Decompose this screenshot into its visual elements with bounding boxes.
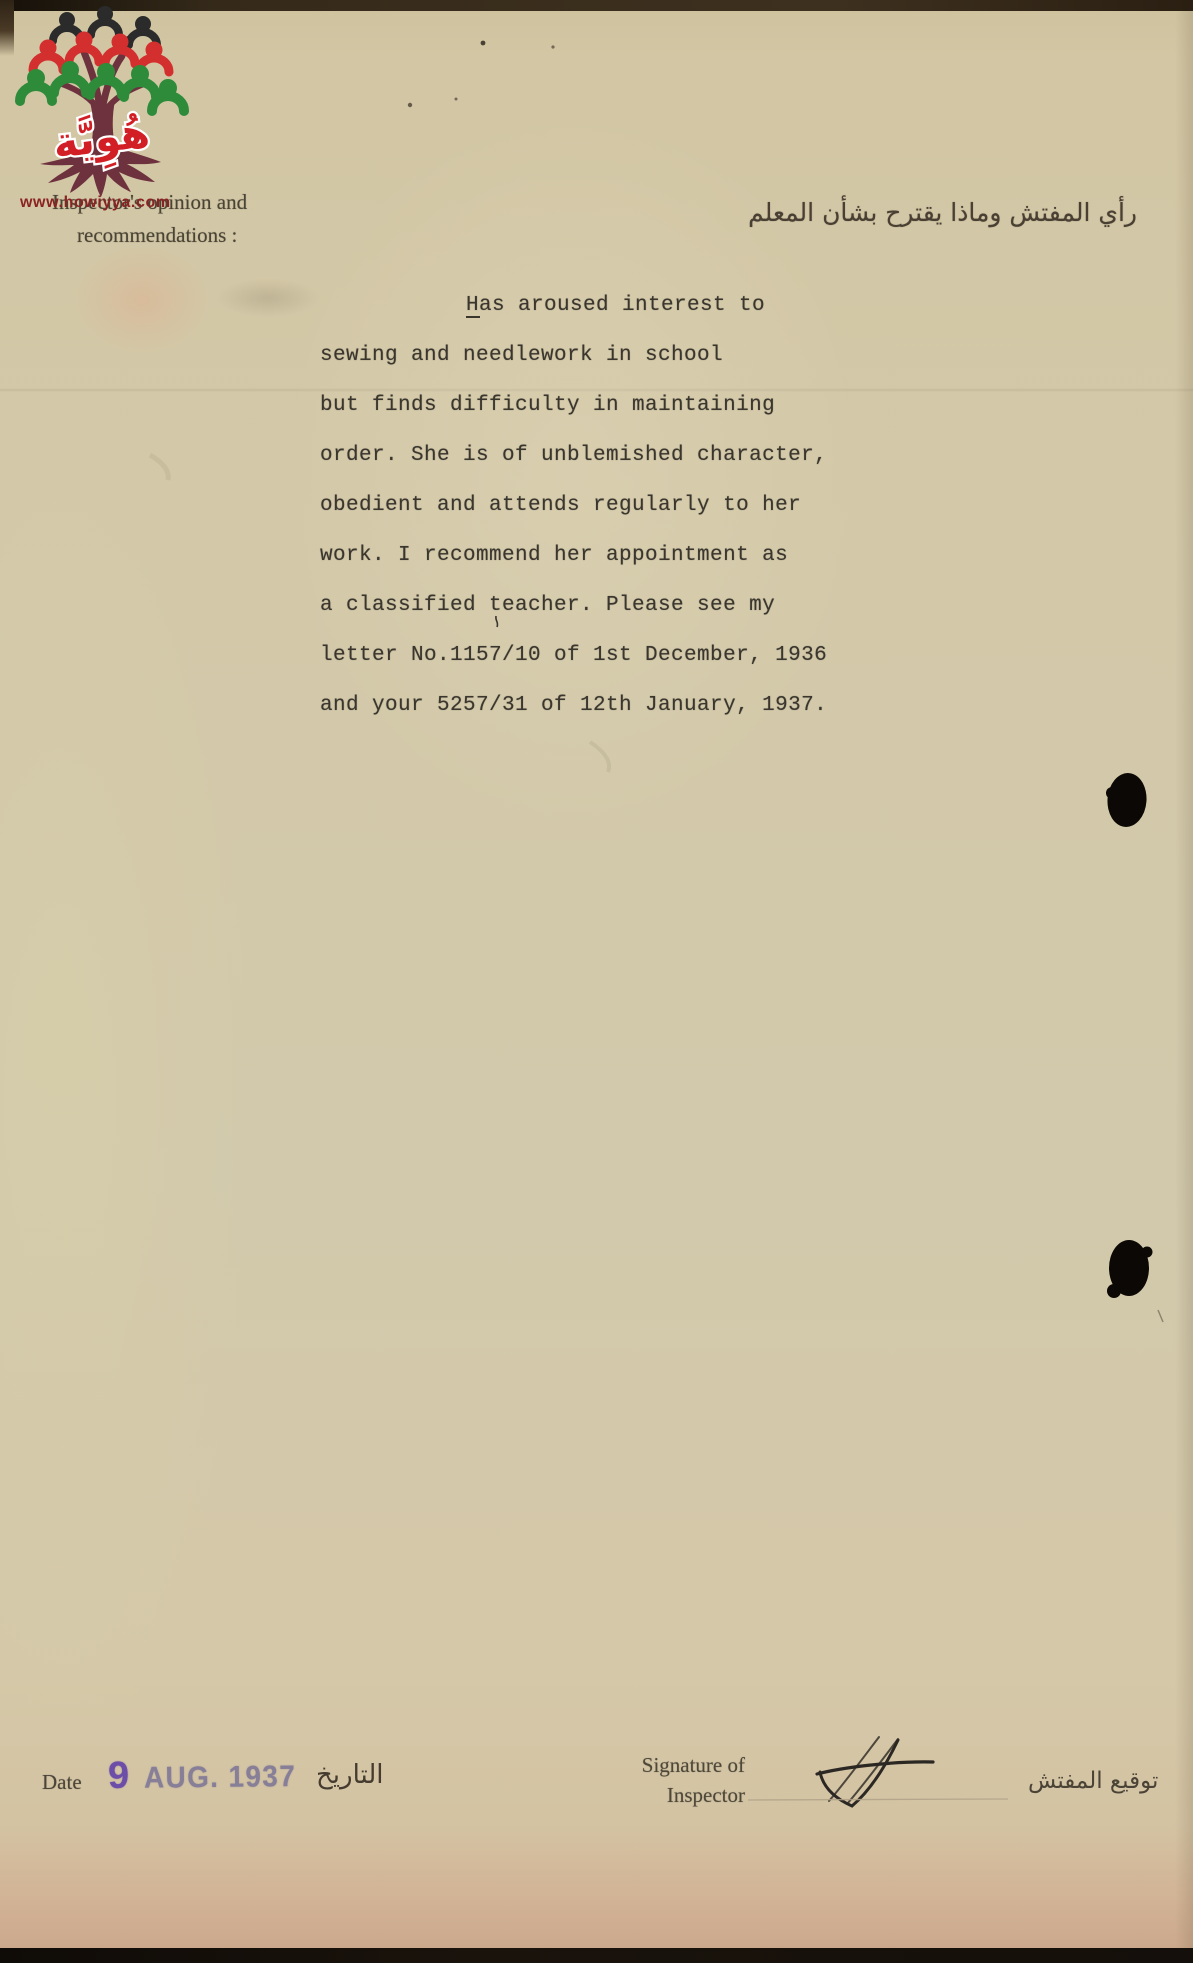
typed-line: a classified teacher. Please see my	[320, 581, 880, 631]
stamp-month-year: AUG. 1937	[144, 1760, 296, 1796]
arabic-header-label: رأي المفتش وماذا يقترح بشأن المعلم	[748, 198, 1137, 227]
scanned-document-page: هُوِيَّة www.howiyya.com Inspector's opi…	[0, 0, 1193, 1963]
ink-blot-top	[1106, 772, 1149, 829]
date-stamp: 9 AUG. 1937	[108, 1753, 308, 1798]
signature-label-line1: Signature of	[590, 1750, 745, 1780]
stamp-day: 9	[108, 1755, 130, 1798]
inspector-signature	[817, 1737, 933, 1806]
typed-line: Has aroused interest to	[320, 281, 880, 331]
inspector-opinion-label-line2: recommendations :	[77, 223, 237, 248]
typed-line: and your 5257/31 of 12th January, 1937.	[320, 681, 880, 731]
signature-label: Signature of Inspector	[590, 1750, 745, 1810]
ink-blot-bottom	[1107, 1240, 1153, 1298]
howiyya-tree-logo: هُوِيَّة	[10, 2, 190, 202]
typed-report-text: Has aroused interest to sewing and needl…	[320, 281, 880, 731]
watermark-site-text: www.howiyya.com	[20, 194, 171, 212]
typed-line: order. She is of unblemished character,	[320, 431, 880, 481]
signature-label-line2: Inspector	[590, 1780, 745, 1810]
date-label: Date	[42, 1770, 82, 1795]
typed-line: letter No.1157/10 of 1st December, 1936	[320, 631, 880, 681]
typed-line: obedient and attends regularly to her	[320, 481, 880, 531]
typed-line: sewing and needlework in school	[320, 331, 880, 381]
typed-line: but finds difficulty in maintaining	[320, 381, 880, 431]
signature-label-arabic: توقيع المفتش	[1028, 1768, 1158, 1794]
signature-rule-line	[748, 1799, 1008, 1800]
scan-bottom-edge	[0, 1948, 1193, 1963]
typed-line: work. I recommend her appointment as	[320, 531, 880, 581]
date-label-arabic: التاريخ	[316, 1760, 384, 1790]
